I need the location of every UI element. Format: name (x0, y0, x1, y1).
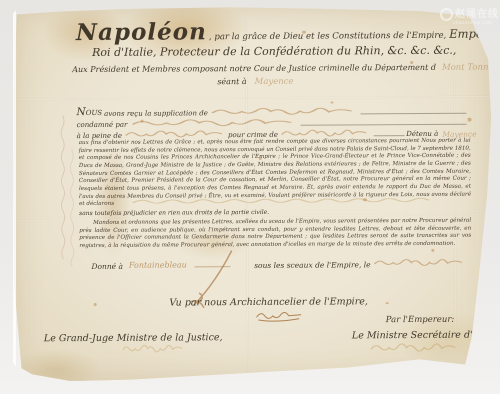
document-heading: Napoléon , par la grâce de Dieu et les C… (76, 16, 500, 46)
handwritten-place: Fontainebleau (129, 261, 187, 269)
seals-label: sous les sceaux de l'Empire, le (254, 261, 370, 269)
margin-annotation-squiggle (68, 148, 77, 268)
stain-spot (330, 102, 333, 104)
document-content: Napoléon , par la grâce de Dieu et les C… (12, 6, 492, 383)
parchment-edge-highlight (13, 10, 16, 370)
grand-judge-signature (122, 343, 184, 353)
watermark: 赵涌在线 zhaoonline.com (440, 8, 499, 27)
watermark-brand: 赵涌在线 (455, 10, 499, 20)
title-emperor: Empereur des Français, (449, 26, 500, 41)
secretary-signature (370, 342, 458, 354)
blank-rule (374, 135, 404, 136)
seat-line: séant à Mayence (217, 77, 293, 87)
handwritten-detention-place: Mayence (442, 130, 476, 138)
handwritten-penalty (125, 129, 225, 139)
mandons-paragraph: Mandons et ordonnons que les présentes L… (79, 218, 471, 251)
handwritten-date (374, 258, 465, 268)
supplication-label: avons reçu la supplication de (104, 110, 208, 118)
handwritten-judgment (130, 118, 295, 128)
title-styles: , par la grâce de Dieu et les Constituti… (209, 31, 446, 42)
supplication-entry-line: Nous avons reçu la supplication de (76, 105, 468, 118)
handwritten-department: Mont Tonnerre (442, 62, 500, 72)
given-label: Donné à (91, 262, 123, 270)
watermark-url: zhaoonline.com (453, 22, 499, 27)
civil-rights-line: sans toutefois préjudicier en rien aux d… (79, 209, 269, 217)
auction-photo: Napoléon , par la grâce de Dieu et les C… (0, 0, 500, 394)
condemned-label: condamné par (77, 122, 128, 129)
magnifier-icon (440, 8, 453, 21)
address-label: Aux Président et Membres composant notre… (72, 63, 436, 74)
archchancellor-signature (254, 309, 306, 323)
blank-rule (361, 112, 467, 114)
stain-spot (94, 303, 97, 306)
by-the-emperor-line: Par l'Empereur: (386, 315, 455, 325)
address-line: Aux Président et Membres composant notre… (72, 62, 500, 75)
grand-judge-line: Le Grand-Juge Ministre de la Justice, (44, 332, 223, 344)
archchancellor-line: Vu par nous Archichancelier de l'Empire, (104, 296, 434, 309)
title-line2: Roi d'Italie, Protecteur de la Confédéra… (92, 44, 372, 59)
handwritten-supplicant-name (211, 106, 356, 116)
supplication-lead: Nous (76, 107, 102, 118)
secretary-of-state-line: Le Ministre Secrétaire d'État, (352, 330, 496, 342)
fold-crease-horizontal (14, 96, 488, 101)
stain-spot (431, 249, 434, 252)
margin-annotation-squiggle (59, 113, 68, 263)
parchment-document: Napoléon , par la grâce de Dieu et les C… (13, 7, 491, 381)
handwritten-crime (281, 128, 369, 138)
handwritten-seat: Mayence (255, 77, 294, 87)
given-at-line: Donné à Fontainebleau sous les sceaux de… (91, 258, 467, 270)
blank-rule (300, 124, 466, 126)
title-napoleon: Napoléon (76, 18, 207, 46)
seat-label: séant à (217, 77, 246, 86)
